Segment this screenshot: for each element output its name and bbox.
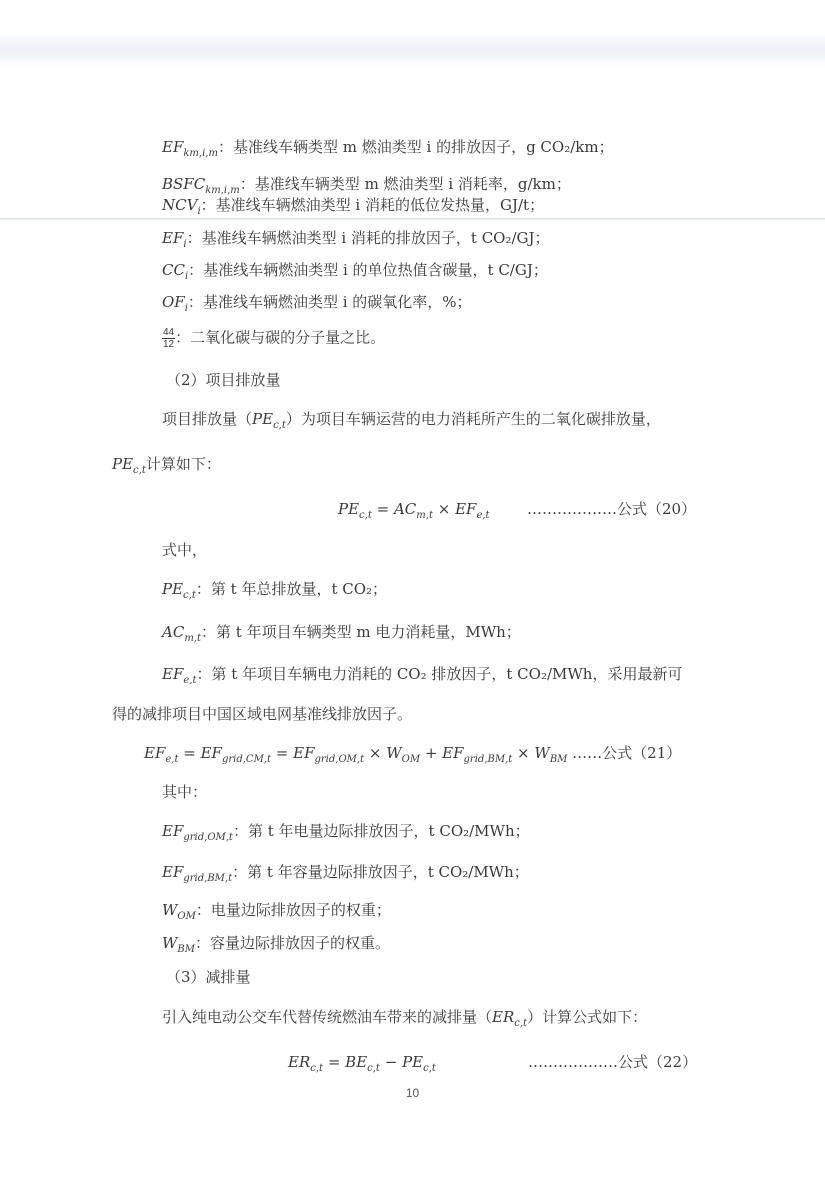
definition-w-om: WOM：电量边际排放因子的权重；: [162, 900, 391, 920]
where-label: 式中，: [162, 540, 207, 560]
definition-pe: PEc,t：第 t 年总排放量，t CO₂；: [162, 579, 387, 599]
definition-bsfc: BSFCkm,i,m：基准线车辆类型 m 燃油类型 i 消耗率，g/km；: [162, 174, 571, 194]
formula-20-label: ………………公式（20）: [527, 499, 696, 519]
definition-ef-grid-om: EFgrid,OM,t：第 t 年电量边际排放因子，t CO₂/MWh；: [162, 821, 530, 841]
definition-cc: CCi：基准线车辆燃油类型 i 的单位热值含碳量，t C/GJ；: [162, 260, 548, 280]
definition-ac: ACm,t：第 t 年项目车辆类型 m 电力消耗量，MWh；: [162, 622, 521, 642]
formula-21: EFe,t = EFgrid,CM,t = EFgrid,OM,t × WOM …: [144, 743, 681, 763]
definition-w-bm: WBM：容量边际排放因子的权重。: [162, 933, 390, 953]
formula-22-label: ………………公式（22）: [528, 1052, 697, 1072]
formula-20: PEc,t = ACm,t × EFe,t: [338, 499, 490, 519]
definition-ef-km: EFkm,i,m：基准线车辆类型 m 燃油类型 i 的排放因子，g CO₂/km…: [162, 137, 614, 157]
paragraph-pe-calc: PEc,t计算如下：: [112, 454, 221, 474]
definition-of: OFi：基准线车辆燃油类型 i 的碳氧化率，%；: [162, 292, 472, 312]
definition-ef-et-continuation: 得的减排项目中国区域电网基准线排放因子。: [112, 704, 412, 724]
definition-ncv: NCVi：基准线车辆燃油类型 i 消耗的低位发热量，GJ/t；: [162, 195, 544, 215]
paragraph-project-emissions: 项目排放量（PEc,t）为项目车辆运营的电力消耗所产生的二氧化碳排放量，: [162, 409, 661, 429]
symbol: EFkm,i,m: [162, 138, 218, 156]
section-heading-reductions: （3）减排量: [166, 967, 251, 987]
scan-artifact-line: [0, 218, 825, 220]
page-number: 10: [0, 1086, 825, 1100]
definition-ratio: 4412：二氧化碳与碳的分子量之比。: [162, 327, 385, 350]
among-label: 其中：: [162, 782, 207, 802]
definition-ef-et: EFe,t：第 t 年项目车辆电力消耗的 CO₂ 排放因子，t CO₂/MWh，…: [162, 664, 682, 684]
fraction-44-12: 4412: [162, 327, 175, 350]
section-heading-project-emissions: （2）项目排放量: [166, 370, 281, 390]
definition-ef-grid-bm: EFgrid,BM,t：第 t 年容量边际排放因子，t CO₂/MWh；: [162, 862, 529, 882]
formula-22: ERc,t = BEc,t − PEc,t: [288, 1052, 436, 1072]
scan-artifact-band: [0, 30, 825, 70]
paragraph-reductions: 引入纯电动公交车代替传统燃油车带来的减排量（ERc,t）计算公式如下：: [162, 1007, 647, 1027]
definition-ef-i: EFi：基准线车辆燃油类型 i 消耗的排放因子，t CO₂/GJ；: [162, 228, 550, 248]
